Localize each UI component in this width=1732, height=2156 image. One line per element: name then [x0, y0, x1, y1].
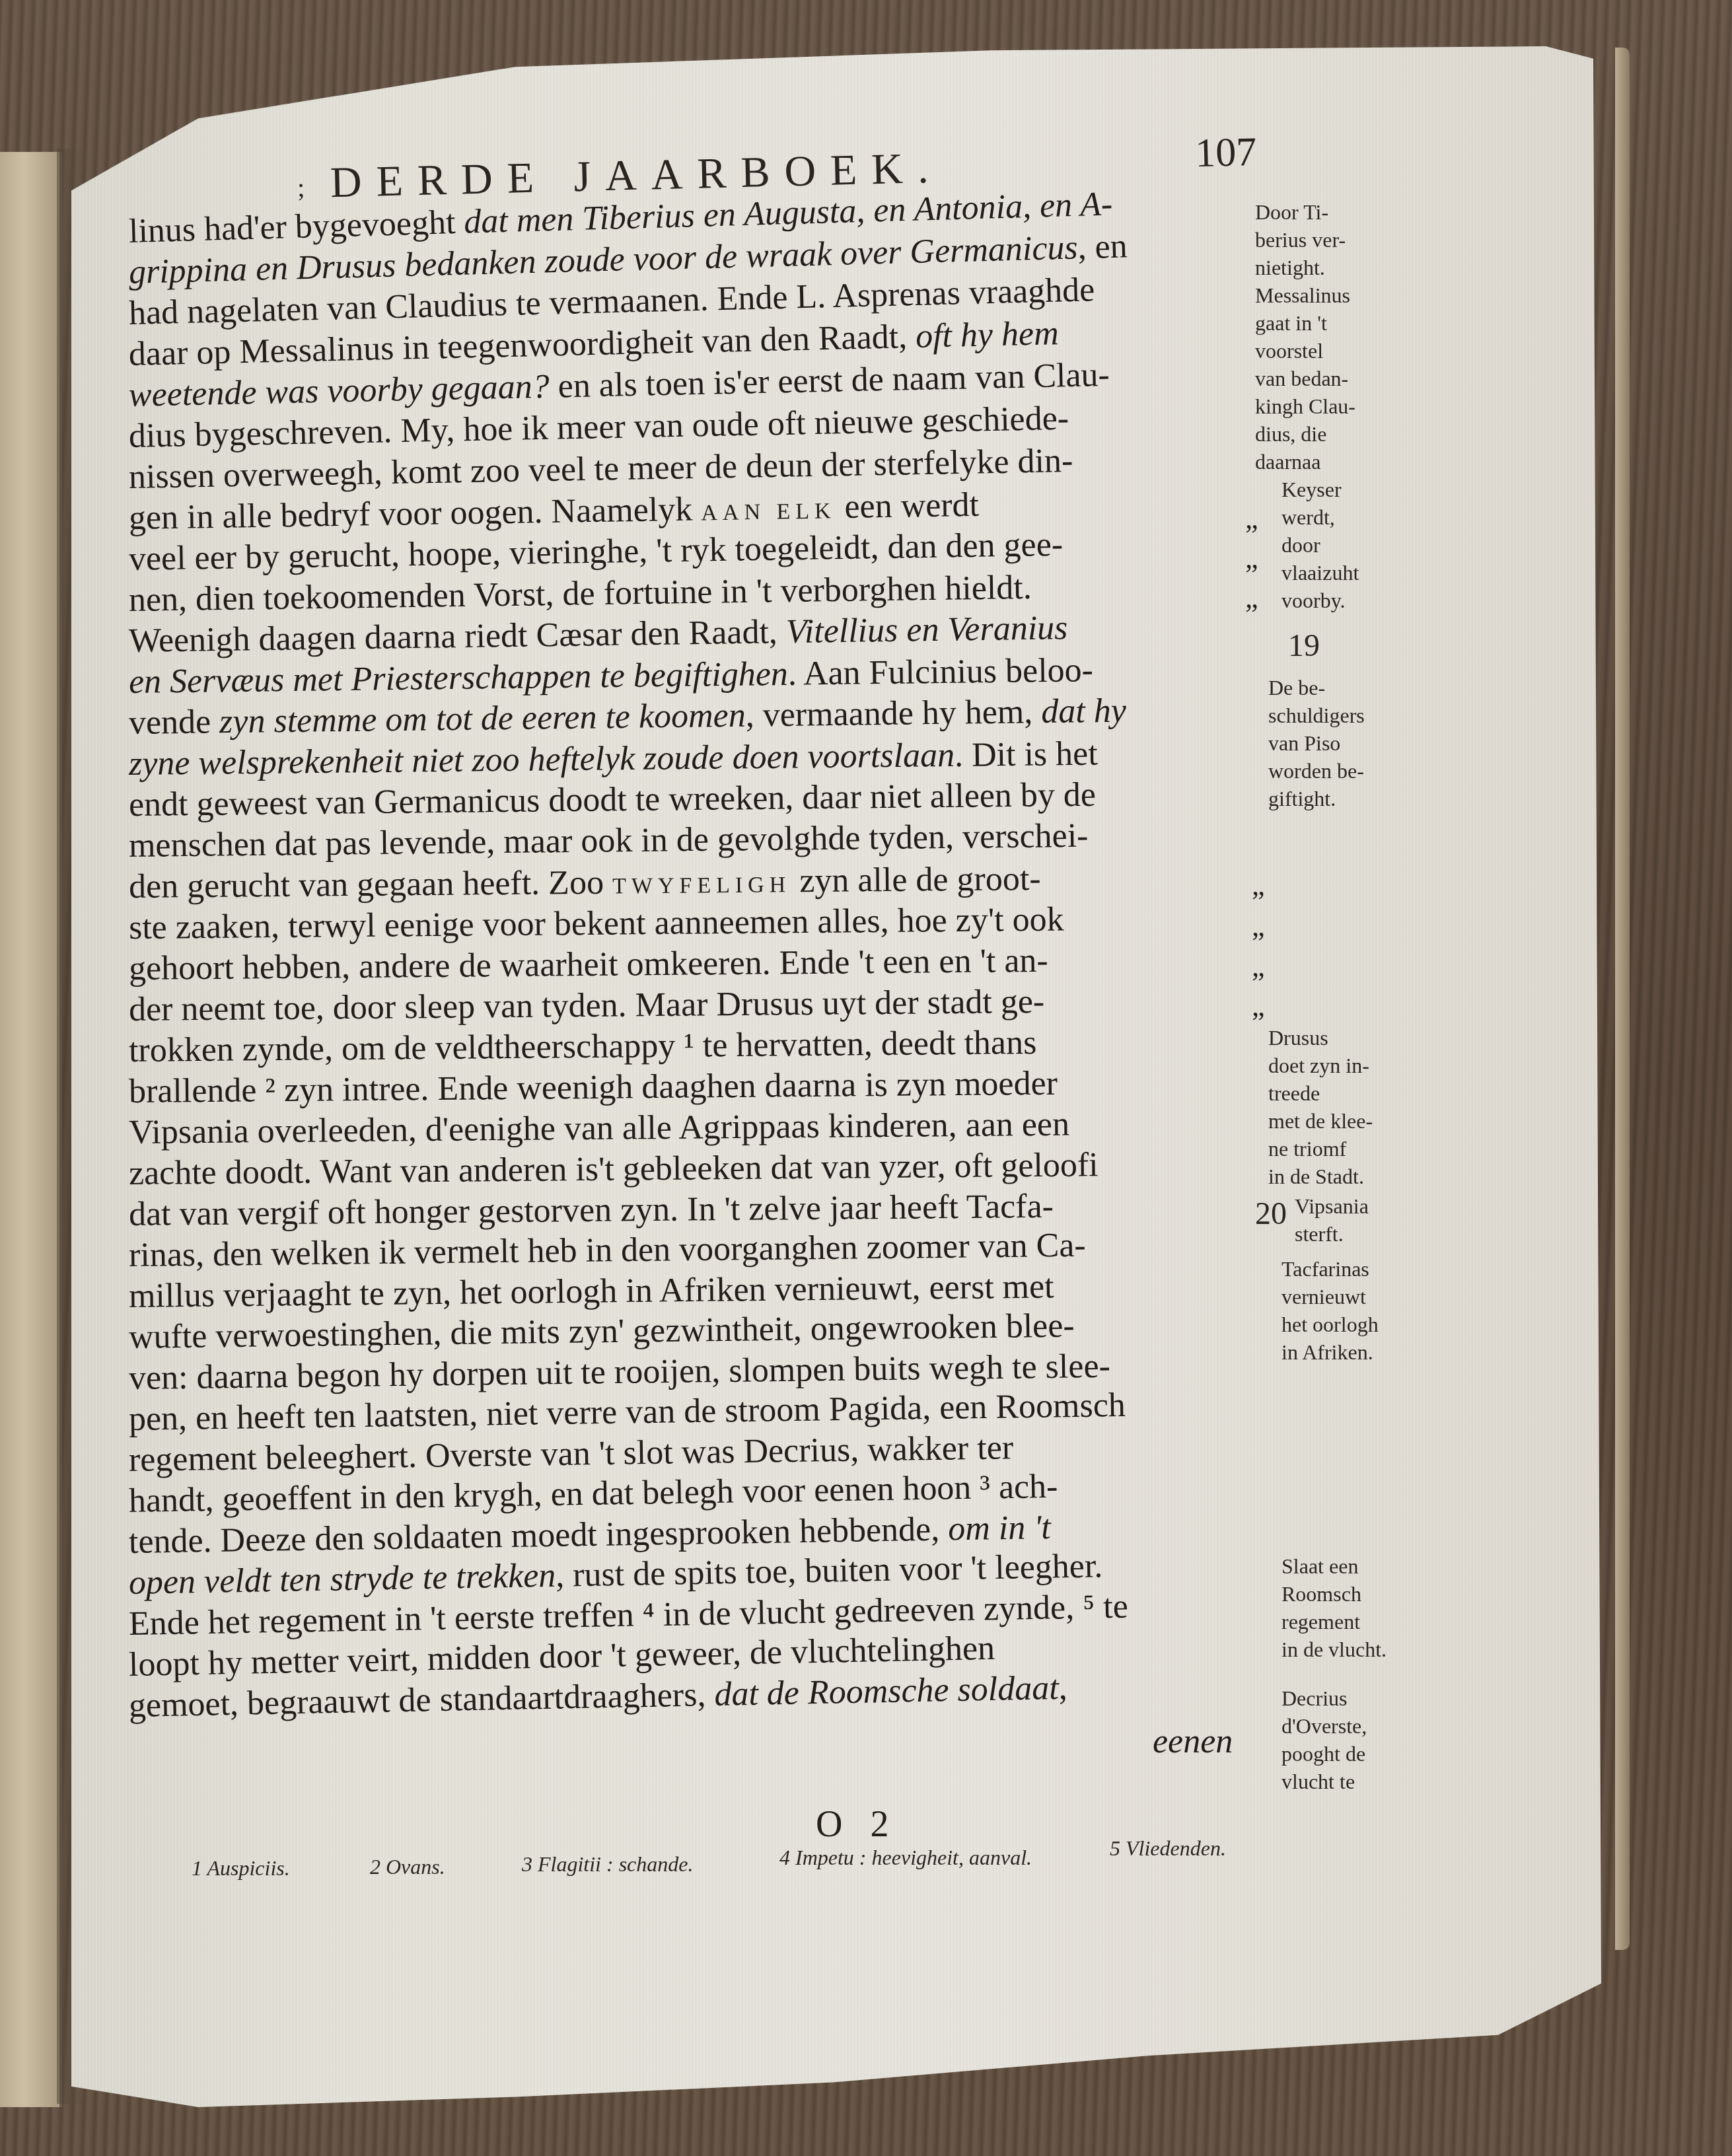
left-page-edge	[0, 152, 62, 2107]
footnote: 1 Auspiciis.	[192, 1856, 290, 1881]
margin-note: Slaat een Roomsch regement in de vlucht.	[1281, 1552, 1387, 1663]
footnote: 3 Flagitii : schande.	[522, 1852, 694, 1877]
margin-note: Door Ti- berius ver- nietight. Messalinu…	[1255, 198, 1359, 614]
quotation-mark: „	[1252, 989, 1265, 1023]
section-number: 20	[1255, 1196, 1287, 1232]
footnote: 5 Vliedenden.	[1110, 1836, 1226, 1861]
quotation-mark: „	[1252, 910, 1265, 943]
footnote: 4 Impetu : heevigheit, aanval.	[779, 1846, 1032, 1870]
header-mark: ;	[297, 172, 305, 203]
footnote: 2 Ovans.	[370, 1855, 445, 1879]
page-stack-edge	[1615, 48, 1630, 1950]
margin-note: Vipsania sterft.	[1295, 1192, 1369, 1248]
margin-note: De be- schuldigers van Piso worden be- g…	[1268, 674, 1365, 812]
margin-note: Decrius d'Overste, pooght de vlucht te	[1281, 1684, 1367, 1795]
quotation-mark: „	[1252, 869, 1265, 902]
quotation-mark: „	[1252, 950, 1265, 984]
page-number: 107	[1195, 129, 1258, 177]
catchword: eenen	[1153, 1721, 1233, 1762]
margin-note: Tacfarinas vernieuwt het oorlogh in Afri…	[1281, 1255, 1379, 1366]
footnotes: 1 Auspiciis. 2 Ovans. 3 Flagitii : schan…	[192, 1836, 1315, 1889]
margin-note: Drusus doet zyn in- treede met de klee- …	[1268, 1024, 1373, 1190]
section-number: 19	[1288, 628, 1320, 664]
